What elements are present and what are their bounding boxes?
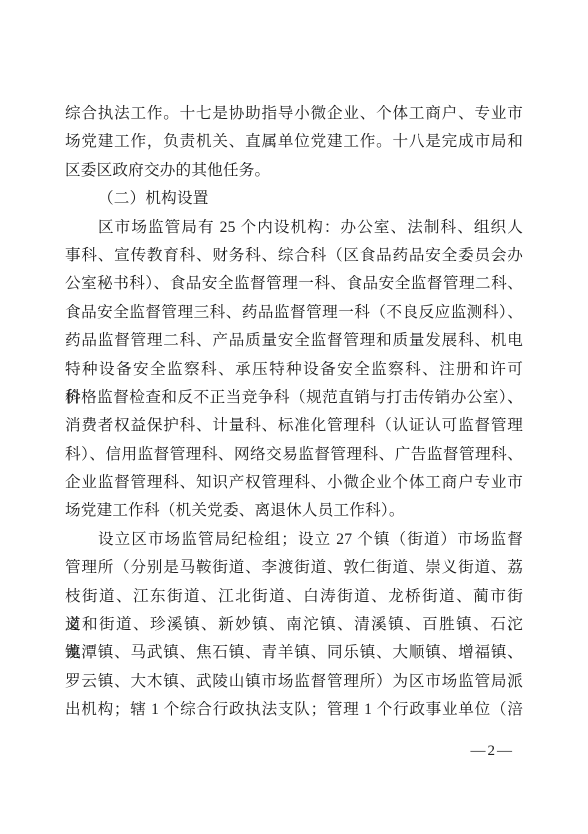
text-line: 特种设备安全监察科、承压特种设备安全监察科、注册和许可科、 — [65, 356, 523, 384]
text-line: 药品监督管理二科、产品质量安全监督管理和质量发展科、机电 — [65, 327, 523, 355]
text-line: 食品安全监督管理三科、药品监督管理一科（不良反应监测科）、 — [65, 299, 523, 327]
text-line: 罗云镇、大木镇、武陵山镇市场监督管理所）为区市场监管局派 — [65, 668, 523, 696]
text-line: 枝街道、江东街道、江北街道、白涛街道、龙桥街道、蔺市街道、 — [65, 583, 523, 611]
section-heading: （二）机构设置 — [65, 185, 523, 213]
document-body: 综合执法工作。十七是协助指导小微企业、个体工商户、专业市 场党建工作，负责机关、… — [65, 100, 523, 725]
text-line: 综合执法工作。十七是协助指导小微企业、个体工商户、专业市 — [65, 100, 523, 128]
text-line: 管理所（分别是马鞍街道、李渡街道、敦仁街道、崇义街道、荔 — [65, 554, 523, 582]
text-line: 出机构；辖 1 个综合行政执法支队；管理 1 个行政事业单位（涪 — [65, 696, 523, 724]
document-page: 综合执法工作。十七是协助指导小微企业、个体工商户、专业市 场党建工作，负责机关、… — [0, 0, 588, 834]
text-line: 企业监督管理科、知识产权管理科、小微企业个体工商户专业市 — [65, 469, 523, 497]
text-line: 区市场监管局有 25 个内设机构：办公室、法制科、组织人 — [65, 214, 523, 242]
text-line: 龙潭镇、马武镇、焦石镇、青羊镇、同乐镇、大顺镇、增福镇、 — [65, 639, 523, 667]
text-line: 价格监督检查和反不正当竞争科（规范直销与打击传销办公室）、 — [65, 384, 523, 412]
text-line: 设立区市场监管局纪检组；设立 27 个镇（街道）市场监督 — [65, 526, 523, 554]
text-line: 场党建工作，负责机关、直属单位党建工作。十八是完成市局和 — [65, 128, 523, 156]
page-number: —2— — [471, 742, 515, 760]
text-line: 区委区政府交办的其他任务。 — [65, 157, 523, 185]
text-line: 事科、宣传教育科、财务科、综合科（区食品药品安全委员会办 — [65, 242, 523, 270]
text-line: 场党建工作科（机关党委、离退休人员工作科）。 — [65, 497, 523, 525]
text-line: 消费者权益保护科、计量科、标准化管理科（认证认可监督管理 — [65, 412, 523, 440]
text-line: 公室秘书科）、食品安全监督管理一科、食品安全监督管理二科、 — [65, 270, 523, 298]
text-line: 科）、信用监督管理科、网络交易监督管理科、广告监督管理科、 — [65, 441, 523, 469]
text-line: 义和街道、珍溪镇、新妙镇、南沱镇、清溪镇、百胜镇、石沱镇、 — [65, 611, 523, 639]
